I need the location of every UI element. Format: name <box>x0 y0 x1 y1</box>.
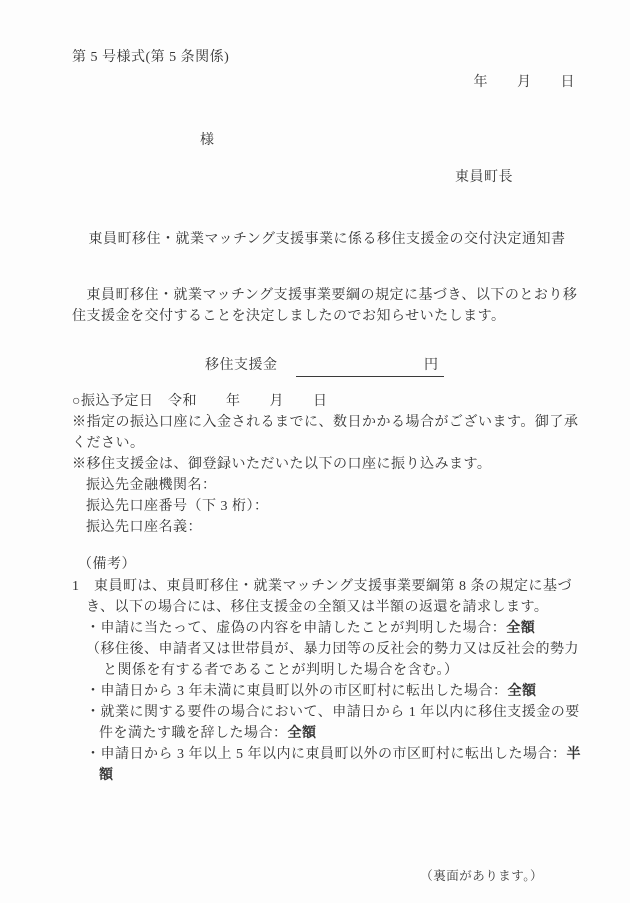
body-paragraph: 東員町移住・就業マッチング支援事業要綱の規定に基づき、以下のとおり移住支援金を交… <box>72 285 582 327</box>
addressee-line: 様 <box>72 130 582 151</box>
form-number: 第 5 号様式(第 5 条関係) <box>72 47 582 68</box>
amount-line: 移住支援金円 <box>72 355 582 377</box>
bullet-bold-amount: 全額 <box>288 726 317 741</box>
amount-label: 移住支援金 <box>205 358 278 373</box>
bullet-bold-amount: 全額 <box>508 684 537 699</box>
note-registered-account: ※移住支援金は、御登録いただいた以下の口座に振り込みます。 <box>72 454 582 475</box>
bullet-text: ・申請日から 3 年未満に東員町以外の市区町村に転出した場合： <box>86 684 508 699</box>
remark-bullet-moveout-3to5years: ・申請日から 3 年以上 5 年以内に東員町以外の市区町村に転出した場合：半額 <box>72 744 582 786</box>
remark-bullet-antisocial-note: （移住後、申請者又は世帯員が、暴力団等の反社会的勢力又は反社会的勢力と関係を有す… <box>72 639 582 681</box>
remarks-item-1: 1 東員町は、東員町移住・就業マッチング支援事業要綱第 8 条の規定に基づき、以… <box>72 576 582 618</box>
document-title: 東員町移住・就業マッチング支援事業に係る移住支援金の交付決定通知書 <box>72 229 582 250</box>
document-content: 第 5 号様式(第 5 条関係) 年 月 日 様 東員町長 東員町移住・就業マッ… <box>0 0 630 786</box>
sender-name: 東員町長 <box>72 167 582 188</box>
bank-institution-field: 振込先金融機関名： <box>72 475 582 496</box>
bullet-text: ・就業に関する要件の場合において、申請日から 1 年以内に移住支援金の要件を満た… <box>86 705 580 741</box>
transfer-date-line: ○振込予定日 令和 年 月 日 <box>72 391 582 412</box>
bullet-text: （移住後、申請者又は世帯員が、暴力団等の反社会的勢力又は反社会的勢力と関係を有す… <box>86 642 579 678</box>
amount-blank-field: 円 <box>296 356 444 377</box>
account-number-field: 振込先口座番号（下 3 桁）： <box>72 496 582 517</box>
remark-bullet-moveout-3years: ・申請日から 3 年未満に東員町以外の市区町村に転出した場合：全額 <box>72 681 582 702</box>
account-holder-field: 振込先口座名義： <box>72 517 582 538</box>
document-page: 第 5 号様式(第 5 条関係) 年 月 日 様 東員町長 東員町移住・就業マッ… <box>0 0 630 903</box>
bullet-text: ・申請に当たって、虚偽の内容を申請したことが判明した場合： <box>86 621 506 636</box>
remark-bullet-quit-job: ・就業に関する要件の場合において、申請日から 1 年以内に移住支援金の要件を満た… <box>72 702 582 744</box>
remark-bullet-false-application: ・申請に当たって、虚偽の内容を申請したことが判明した場合：全額 <box>72 618 582 639</box>
bullet-text: ・申請日から 3 年以上 5 年以内に東員町以外の市区町村に転出した場合： <box>86 747 567 762</box>
amount-unit: 円 <box>424 358 439 373</box>
bullet-bold-amount: 全額 <box>506 621 535 636</box>
date-line: 年 月 日 <box>72 72 582 93</box>
back-side-note: （裏面があります。） <box>420 866 543 887</box>
remarks-header: （備考） <box>72 554 582 575</box>
note-payment-delay: ※指定の振込口座に入金されるまでに、数日かかる場合がございます。御了承ください。 <box>72 412 582 454</box>
